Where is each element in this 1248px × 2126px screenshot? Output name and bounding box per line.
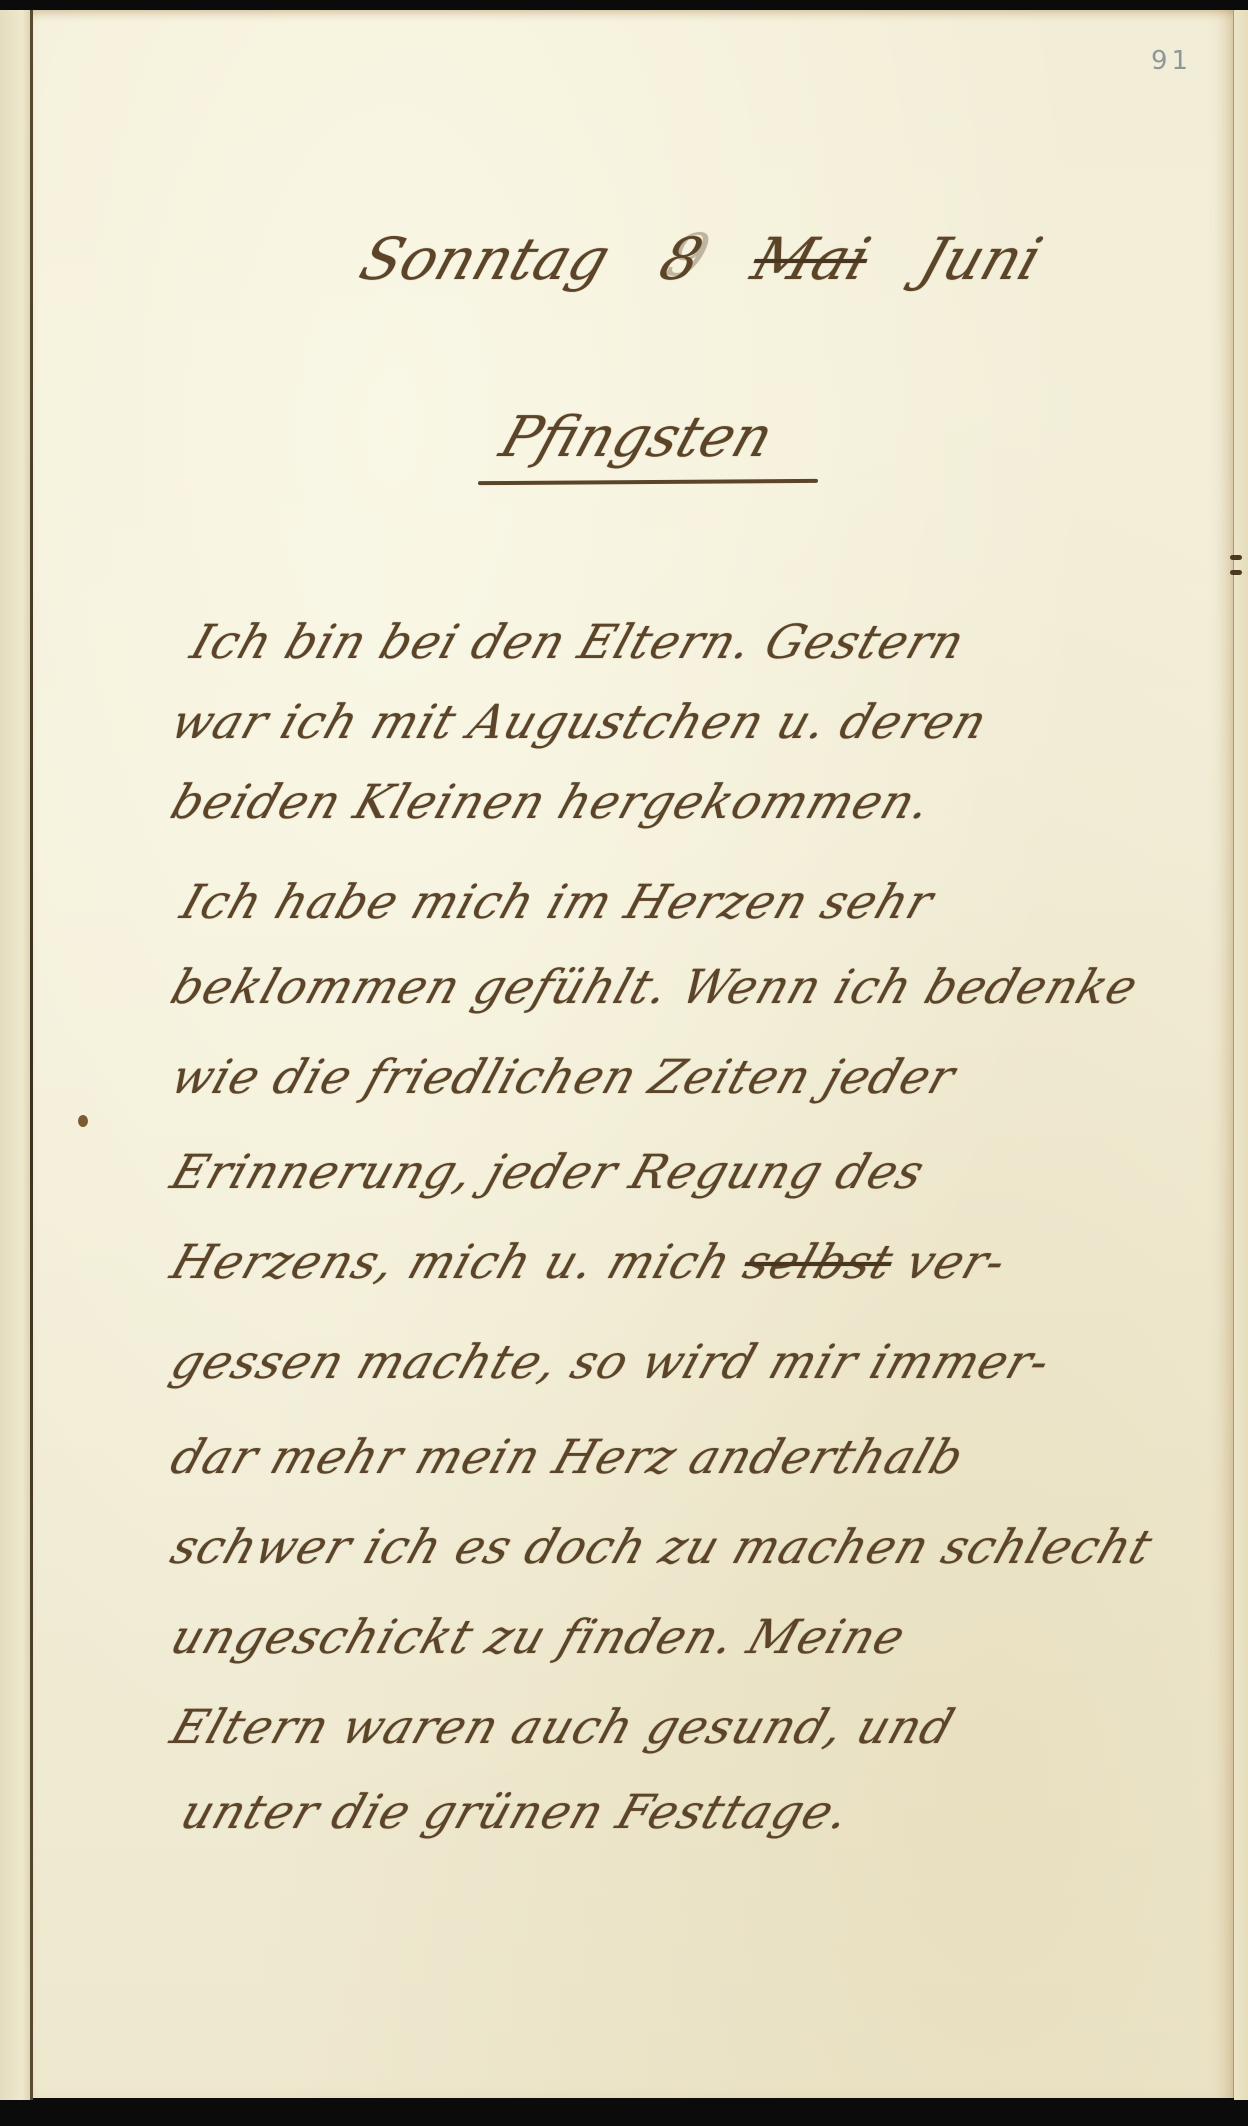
manuscript-scan: 91 Sonntag 8 9 Mai Juni Pfingsten Ich bi… [0, 10, 1248, 2106]
body-line-12: ungeschickt zu finden. Meine [164, 1610, 912, 1665]
struck-month: Mai [744, 225, 879, 293]
handwriting-area: Sonntag 8 9 Mai Juni Pfingsten Ich bin b… [33, 10, 1233, 2098]
next-page-edge [1234, 10, 1248, 2100]
page-title: Pfingsten [492, 405, 781, 470]
body-line-11: schwer ich es doch zu machen schlecht [164, 1520, 1160, 1575]
previous-page-edge [0, 10, 32, 2100]
body-line-4: Ich habe mich im Herzen sehr [174, 875, 941, 930]
body-line-7: Erinnerung, jeder Regung des [164, 1145, 932, 1200]
title-underline [478, 479, 818, 485]
body-line-6: wie die friedlichen Zeiten jeder [164, 1050, 962, 1105]
date-heading: Sonntag 8 9 Mai Juni [352, 225, 1050, 293]
body-line-9: gessen machte, so wird mir immer- [164, 1335, 1057, 1390]
body-line-13: Eltern waren auch gesund, und [164, 1700, 961, 1755]
edge-ink-marks [1230, 555, 1244, 585]
struck-word: selbst [737, 1235, 901, 1290]
body-line-8: Herzens, mich u. mich selbst ver- [164, 1235, 1013, 1290]
body-line-10: dar mehr mein Herz anderthalb [164, 1430, 971, 1485]
month-name: Juni [912, 225, 1051, 293]
body-line-2: war ich mit Augustchen u. deren [164, 695, 994, 750]
manuscript-page: 91 Sonntag 8 9 Mai Juni Pfingsten Ich bi… [33, 10, 1234, 2098]
body-line-14: unter die grünen Festtage. [174, 1785, 857, 1840]
body-line-1: Ich bin bei den Eltern. Gestern [184, 615, 972, 670]
day-name: Sonntag [352, 225, 618, 293]
body-line-3: beiden Kleinen hergekommen. [164, 775, 939, 830]
date-number: 8 9 [652, 225, 729, 293]
body-line-5: beklommen gefühlt. Wenn ich bedenke [164, 960, 1145, 1015]
